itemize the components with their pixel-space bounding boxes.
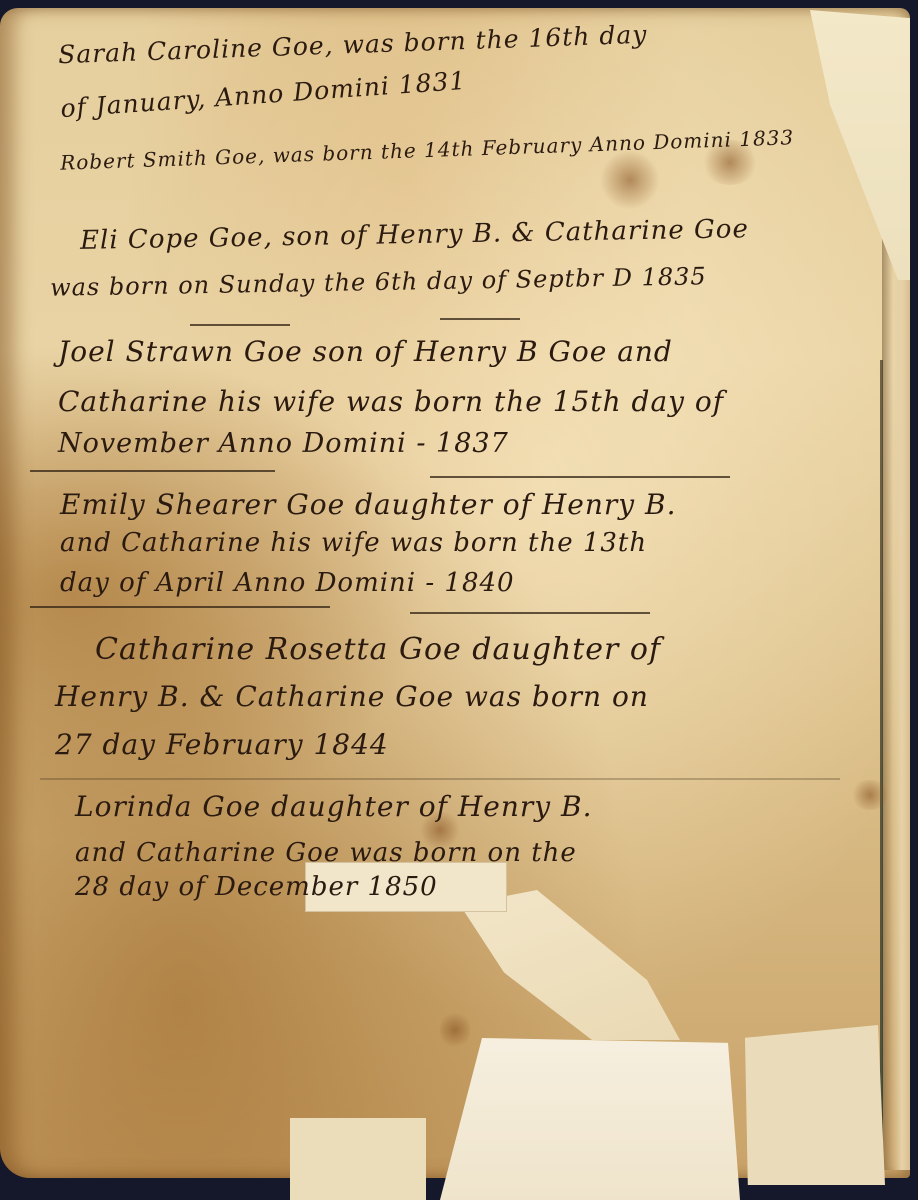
entry-sarah-line-1: Sarah Caroline Goe, was born the 16th da…: [58, 20, 648, 70]
divider-rule: [190, 324, 290, 326]
entry-joel-line-2: Catharine his wife was born the 15th day…: [58, 385, 724, 418]
entry-emily-line-1: Emily Shearer Goe daughter of Henry B.: [60, 488, 676, 521]
record-entries: Sarah Caroline Goe, was born the 16th da…: [0, 0, 918, 1200]
divider-rule: [410, 612, 650, 614]
entry-eli-line-1: Eli Cope Goe, son of Henry B. & Catharin…: [80, 214, 749, 256]
entry-emily-line-3: day of April Anno Domini - 1840: [60, 568, 515, 598]
divider-rule: [40, 778, 840, 780]
entry-robert-line-1: Robert Smith Goe, was born the 14th Febr…: [60, 125, 795, 175]
entry-catharine-line-3: 27 day February 1844: [55, 728, 389, 761]
divider-rule: [440, 318, 520, 320]
entry-emily-line-2: and Catharine his wife was born the 13th: [60, 528, 647, 558]
entry-joel-line-3: November Anno Domini - 1837: [58, 428, 509, 459]
entry-lorinda-line-2: and Catharine Goe was born on the: [75, 838, 577, 868]
divider-rule: [30, 470, 275, 472]
entry-lorinda-line-1: Lorinda Goe daughter of Henry B.: [75, 790, 592, 823]
divider-rule: [30, 606, 330, 608]
divider-rule: [430, 476, 730, 478]
entry-sarah-line-2: of January, Anno Domini 1831: [59, 66, 467, 123]
entry-eli-line-2: was born on Sunday the 6th day of Septbr…: [50, 262, 707, 301]
entry-joel-line-1: Joel Strawn Goe son of Henry B Goe and: [58, 335, 673, 368]
entry-catharine-line-1: Catharine Rosetta Goe daughter of: [95, 632, 661, 667]
entry-catharine-line-2: Henry B. & Catharine Goe was born on: [55, 680, 649, 713]
entry-lorinda-line-3: 28 day of December 1850: [75, 872, 438, 902]
